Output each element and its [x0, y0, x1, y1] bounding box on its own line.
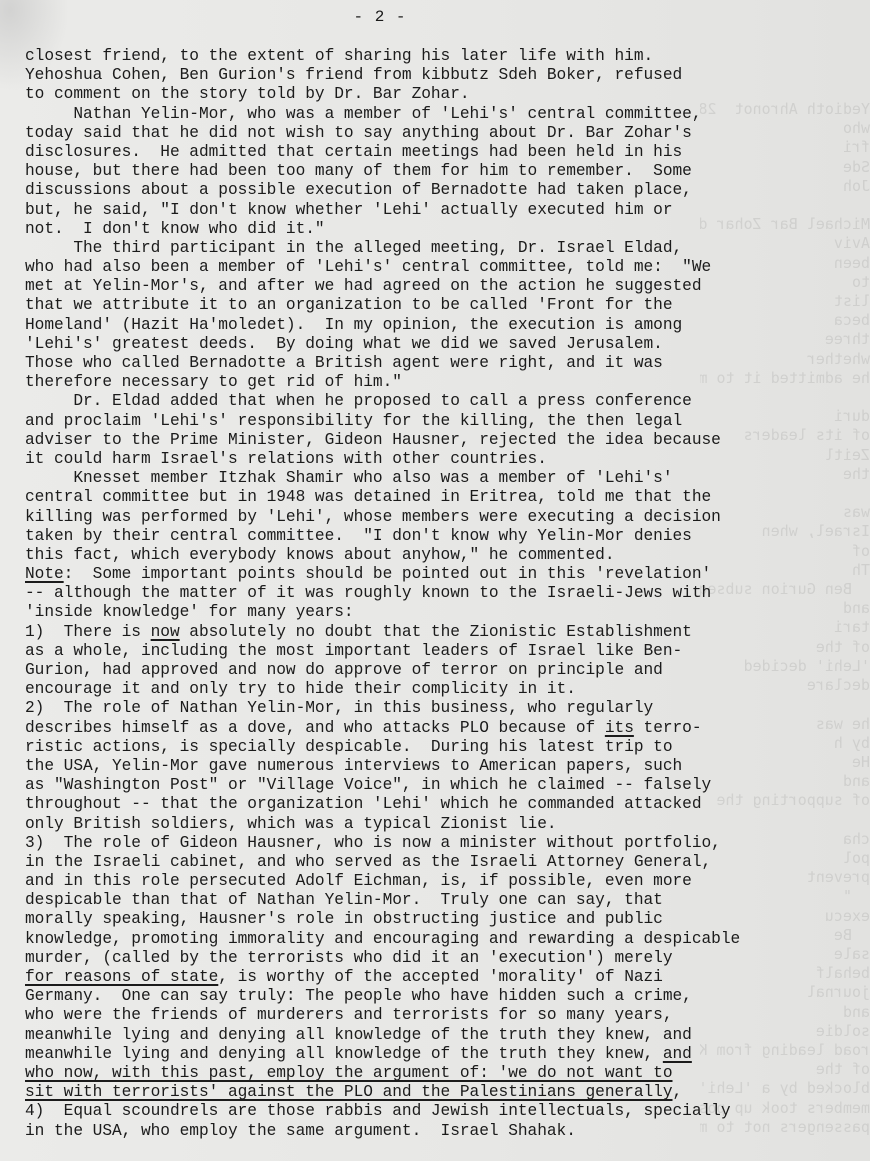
document-page: Yedioth Ahronot 28.2.1977 who fri Sde Jo… [0, 0, 870, 1161]
text-line: throughout -- that the organization 'Leh… [25, 795, 870, 814]
text-span: meanwhile lying and denying all knowledg… [25, 1045, 663, 1063]
note-label: Note [25, 565, 64, 583]
text-line: despicable than that of Nathan Yelin-Mor… [25, 891, 870, 910]
text-line: 4) Equal scoundrels are those rabbis and… [25, 1102, 870, 1121]
page-number: - 2 - [0, 8, 760, 26]
text-line: but, he said, "I don't know whether 'Leh… [25, 201, 870, 220]
text-line: closest friend, to the extent of sharing… [25, 47, 870, 66]
text-span: absolutely no doubt that the Zionistic E… [180, 623, 692, 641]
text-line: sit with terrorists' against the PLO and… [25, 1083, 870, 1102]
text-span: , [673, 1083, 683, 1101]
text-line: as a whole, including the most important… [25, 642, 870, 661]
text-line: Germany. One can say truly: The people w… [25, 987, 870, 1006]
text-line: therefore necessary to get rid of him." [25, 373, 870, 392]
text-line: who had also been a member of 'Lehi's' c… [25, 258, 870, 277]
underlined-argument: who now, with this past, employ the argu… [25, 1064, 673, 1082]
text-line: describes himself as a dove, and who att… [25, 719, 870, 738]
text-span: terro- [634, 719, 702, 737]
text-line: central committee but in 1948 was detain… [25, 488, 870, 507]
text-line: met at Yelin-Mor's, and after we had agr… [25, 277, 870, 296]
text-line: disclosures. He admitted that certain me… [25, 143, 870, 162]
text-line: Gurion, had approved and now do approve … [25, 661, 870, 680]
text-line: killing was performed by 'Lehi', whose m… [25, 508, 870, 527]
text-span: 1) There is [25, 623, 151, 641]
text-line: only British soldiers, which was a typic… [25, 815, 870, 834]
text-line: meanwhile lying and denying all knowledg… [25, 1045, 870, 1064]
point-1-line: 1) There is now absolutely no doubt that… [25, 623, 870, 642]
paragraph-start-line: The third participant in the alleged mee… [25, 239, 870, 258]
text-line: knowledge, promoting immorality and enco… [25, 930, 870, 949]
text-line: and proclaim 'Lehi's' responsibility for… [25, 412, 870, 431]
text-line: and in this role persecuted Adolf Eichma… [25, 872, 870, 891]
underlined-and: and [663, 1045, 692, 1063]
underlined-its: its [605, 719, 634, 737]
text-span: describes himself as a dove, and who att… [25, 719, 605, 737]
text-line: house, but there had been too many of th… [25, 162, 870, 181]
text-span: , is worthy of the accepted 'morality' o… [218, 968, 663, 986]
text-line: 'inside knowledge' for many years: [25, 603, 870, 622]
point-3-line: 3) The role of Gideon Hausner, who is no… [25, 834, 870, 853]
underlined-argument-cont: sit with terrorists' against the PLO and… [25, 1083, 673, 1101]
underlined-now: now [151, 623, 180, 641]
text-line: in the Israeli cabinet, and who served a… [25, 853, 870, 872]
text-line: 'Lehi's' greatest deeds. By doing what w… [25, 335, 870, 354]
text-line: Homeland' (Hazit Ha'moledet). In my opin… [25, 316, 870, 335]
text-line: discussions about a possible execution o… [25, 181, 870, 200]
text-line: Yehoshua Cohen, Ben Gurion's friend from… [25, 66, 870, 85]
underlined-reasons-of-state: for reasons of state [25, 968, 218, 986]
paragraph-start-line: Nathan Yelin-Mor, who was a member of 'L… [25, 105, 870, 124]
text-line: to comment on the story told by Dr. Bar … [25, 85, 870, 104]
text-line: -- although the matter of it was roughly… [25, 584, 870, 603]
text-line: encourage it and only try to hide their … [25, 680, 870, 699]
signature-line [25, 1141, 870, 1160]
text-line: morally speaking, Hausner's role in obst… [25, 910, 870, 929]
document-body: closest friend, to the extent of sharing… [25, 47, 870, 1160]
text-line: this fact, which everybody knows about a… [25, 546, 870, 565]
point-4-line: in the USA, who employ the same argument… [25, 1122, 870, 1141]
paragraph-start-line: Knesset member Itzhak Shamir who also wa… [25, 469, 870, 488]
text-line: ristic actions, is specially despicable.… [25, 738, 870, 757]
text-line: Those who called Bernadotte a British ag… [25, 354, 870, 373]
text-line: who were the friends of murderers and te… [25, 1006, 870, 1025]
text-line: murder, (called by the terrorists who di… [25, 949, 870, 968]
text-line: today said that he did not wish to say a… [25, 124, 870, 143]
text-line: meanwhile lying and denying all knowledg… [25, 1026, 870, 1045]
note-line: Note: Some important points should be po… [25, 565, 870, 584]
paragraph-start-line: Dr. Eldad added that when he proposed to… [25, 392, 870, 411]
text-line: not. I don't know who did it." [25, 220, 870, 239]
text-line: that we attribute it to an organization … [25, 296, 870, 315]
text-line: taken by their central committee. "I don… [25, 527, 870, 546]
note-text: : Some important points should be pointe… [64, 565, 712, 583]
text-line: as "Washington Post" or "Village Voice",… [25, 776, 870, 795]
text-line: who now, with this past, employ the argu… [25, 1064, 870, 1083]
text-line: it could harm Israel's relations with ot… [25, 450, 870, 469]
text-line: for reasons of state, is worthy of the a… [25, 968, 870, 987]
point-2-line: 2) The role of Nathan Yelin-Mor, in this… [25, 699, 870, 718]
text-line: adviser to the Prime Minister, Gideon Ha… [25, 431, 870, 450]
text-line: the USA, Yelin-Mor gave numerous intervi… [25, 757, 870, 776]
